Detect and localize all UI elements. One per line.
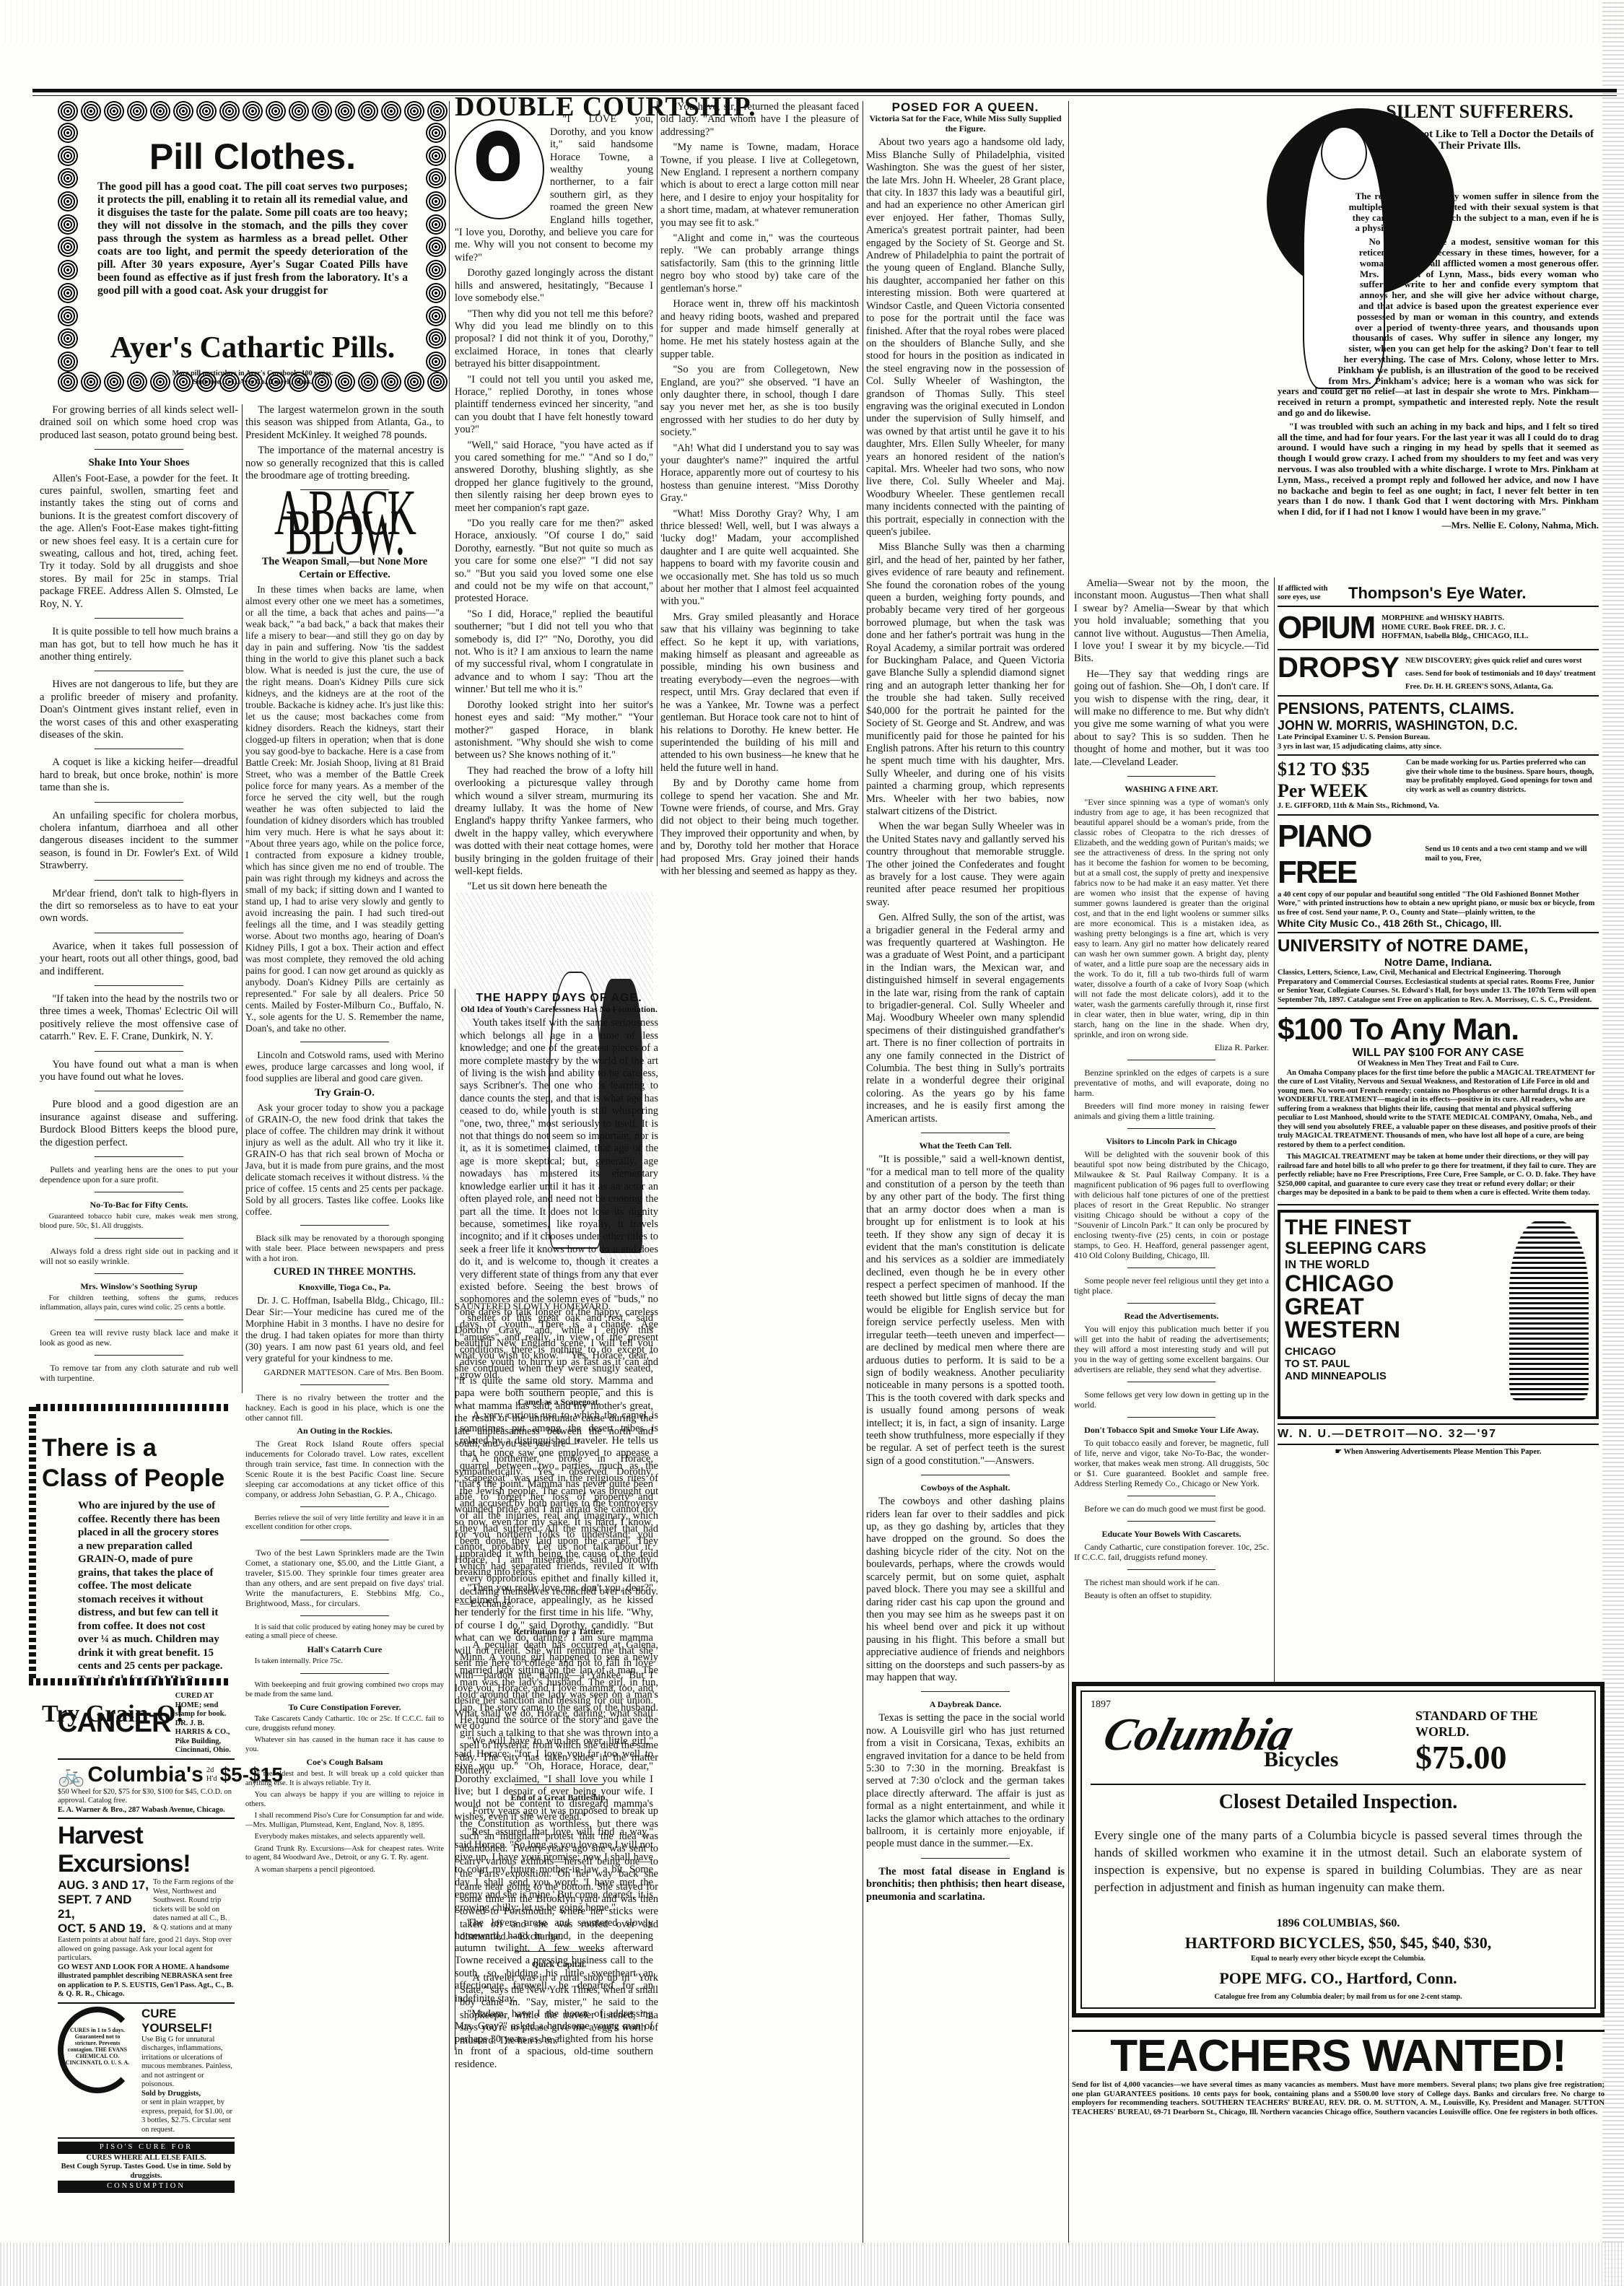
- pill-ring-ornament: [335, 101, 355, 121]
- diamond-border-top: [29, 1404, 231, 1411]
- article-title: POSED FOR A QUEEN.: [866, 101, 1065, 113]
- article-avarice: Avarice, when it takes full possession o…: [40, 941, 238, 978]
- column-rule: [1068, 101, 1069, 2245]
- ad-line: HOME CURE. Book FREE. DR. J. C.: [1381, 624, 1528, 633]
- pill-ring-ornament: [58, 237, 78, 257]
- article-signature: GARDNER MATTESON. Care of Mrs. Ben Boom.: [245, 1367, 444, 1377]
- article-body: Forty years ago it was proposed to break…: [460, 1805, 658, 1943]
- article-winslow: For children teething, softens the gums,…: [40, 1294, 238, 1312]
- article-heading: Read the Advertisements.: [1074, 1311, 1269, 1321]
- scan-noise-top: [0, 0, 1624, 43]
- pensions-ad: PENSIONS, PATENTS, CLAIMS. JOHN W. MORRI…: [1278, 697, 1599, 756]
- ad-year: 1897: [1091, 1699, 1111, 1711]
- ad-line: MORPHINE and WHISKY HABITS.: [1381, 614, 1528, 624]
- pill-ring-ornament: [150, 101, 170, 121]
- article-honey: It is said that colic produced by eating…: [245, 1623, 444, 1641]
- ad-tagline: STANDARD OF THE WORLD.: [1415, 1708, 1589, 1740]
- column-5: POSED FOR A QUEEN. Victoria Sat for the …: [866, 101, 1065, 1906]
- article-heading: Hall's Catarrh Cure: [245, 1644, 444, 1654]
- ad-title: TEACHERS WANTED!: [1072, 2032, 1605, 2081]
- article-paragraph: "So you are from Collegetown, New Englan…: [660, 364, 859, 439]
- article-heading: What the Teeth Can Tell.: [866, 1140, 1065, 1151]
- cancer-ad: CANCER CURED AT HOME; send stamp for boo…: [58, 1689, 235, 1760]
- article-heading: Visitors to Lincoln Park in Chicago: [1074, 1136, 1269, 1146]
- pill-ring-ornament: [58, 101, 78, 121]
- pill-ring-ornament: [58, 214, 78, 235]
- ad-footer: More pill particulars in Ayer's Curebook…: [58, 370, 448, 387]
- ad-subtitle: Of Weakness in Men They Treat and Fail t…: [1278, 1060, 1599, 1069]
- article-blood: Pure blood and a good digestion are an i…: [40, 1099, 238, 1149]
- article-paragraph: Breeders will find more money in raising…: [1074, 1101, 1269, 1121]
- article-body: A traveler was in a rural shop up in "Yo…: [460, 1972, 658, 2047]
- article-body: A peculiar death has occurred at Galena,…: [460, 1639, 658, 1777]
- pill-ring-ornament: [426, 260, 446, 280]
- article-loves: You have found out what a man is when yo…: [40, 1059, 238, 1084]
- article-paragraph: Texas is setting the pace in the social …: [866, 1712, 1065, 1850]
- article-outing: The Great Rock Island Route offers speci…: [245, 1439, 444, 1499]
- article-heading: Educate Your Bowels With Cascarets.: [1074, 1529, 1269, 1539]
- article-paragraph: The richest man should work if he can.: [1074, 1577, 1269, 1587]
- divider: [1127, 1521, 1215, 1522]
- pill-ring-ornament: [243, 101, 263, 121]
- dropsy-ad: DROPSY NEW DISCOVERY; gives quick relief…: [1278, 650, 1599, 697]
- article-rivalry: There is no rivalry between the trotter …: [245, 1392, 444, 1423]
- happy-days-article: THE HAPPY DAYS OF AGE. Old Idea of Youth…: [455, 989, 658, 2050]
- article-heading: End of a Great Battleship.: [460, 1792, 658, 1802]
- ad-body: a 40 cent copy of our popular and beauti…: [1278, 891, 1599, 918]
- article-watermelon: The largest watermelon grown in the sout…: [245, 404, 444, 442]
- divider: [1127, 1496, 1215, 1496]
- ad-band: PISO'S CURE FOR: [58, 2142, 235, 2154]
- article-title: DOUBLE COURTSHIP.: [455, 101, 653, 113]
- columbia-logo-sub: Bicycles: [1264, 1748, 1338, 1772]
- top-rule-thin: [32, 95, 1617, 96]
- ad-footer-line: Sent free. J. C. Ayer Co., Lowell, Mass.: [58, 378, 448, 387]
- article-heading: Retribution for a Tattler.: [460, 1626, 658, 1636]
- ad-body: Can be made working for us. Parties pref…: [1406, 759, 1599, 802]
- ad-title: There is a Class of People: [42, 1433, 225, 1493]
- pill-ring-ornament: [173, 101, 193, 121]
- divider: [300, 1615, 390, 1616]
- harvest-excursions-ad: Harvest Excursions! AUG. 3 AND 17, SEPT.…: [58, 1819, 235, 2004]
- divider: [515, 1784, 604, 1785]
- pill-ring-ornament: [404, 101, 424, 121]
- article-halls: Is taken internally. Price 75c.: [245, 1657, 444, 1667]
- ad-body: NEW DISCOVERY; gives quick relief and cu…: [1405, 657, 1596, 691]
- pill-ring-ornament: [381, 101, 401, 121]
- ad-title: PIANO FREE: [1278, 819, 1419, 891]
- pill-ring-ornament: [312, 101, 332, 121]
- ad-body: Classics, Letters, Science, Law, Civil, …: [1278, 969, 1599, 1005]
- divider: [95, 933, 184, 933]
- pointing-hand-icon: ☛: [1335, 1448, 1342, 1456]
- article-berries: For growing berries of all kinds select …: [40, 404, 238, 442]
- article-heading: Cowboys of the Asphalt.: [866, 1483, 1065, 1493]
- article-berries2: Berries relieve the soil of very little …: [245, 1514, 444, 1532]
- diamond-border-left: [29, 1404, 36, 1678]
- pill-ring-ornament: [219, 101, 240, 121]
- pill-ring-ornament: [58, 306, 78, 326]
- ayers-pills-ad: Pill Clothes. The good pill has a good c…: [58, 101, 448, 393]
- columbia-bicycles-ad: 1897 Columbia Bicycles STANDARD OF THE W…: [1072, 1682, 1605, 2017]
- article-notobac: Guaranteed tobacco habit cure, makes wea…: [40, 1213, 238, 1231]
- ad-place: Notre Dame, Indiana.: [1278, 956, 1599, 969]
- article-heading: Quick Capital.: [460, 1959, 658, 1969]
- divider: [515, 1389, 604, 1390]
- ad-title: OPIUM: [1278, 610, 1374, 646]
- ad-title: Pill Clothes.: [58, 136, 448, 178]
- ad-band: CONSUMPTION: [58, 2181, 235, 2193]
- article-paragraph: To quit tobacco easily and forever, be m…: [1074, 1438, 1269, 1488]
- article-paragraph: "Do you really care for me then?" asked …: [455, 518, 653, 606]
- divider: [300, 1384, 390, 1385]
- article-heading: WASHING A FINE ART.: [1074, 784, 1269, 794]
- article-signature: Eliza R. Parker.: [1074, 1042, 1269, 1052]
- notice-text: When Answering Advertisements Please Men…: [1343, 1448, 1541, 1456]
- article-heading: Don't Tobacco Spit and Smoke Your Life A…: [1074, 1425, 1269, 1435]
- ad-body: Send for list of 4,000 vacancies—we have…: [1072, 2081, 1605, 2117]
- ad-title: CURES WHERE ALL ELSE FAILS.: [58, 2154, 235, 2163]
- scan-noise-right: [1602, 0, 1624, 2286]
- article-heading: No-To-Bac for Fifty Cents.: [40, 1200, 238, 1210]
- column-3: DOUBLE COURTSHIP. "I LOVE you, Dorothy, …: [455, 101, 653, 896]
- divider: [95, 1273, 184, 1274]
- divider: [300, 1225, 390, 1226]
- article-beekeeping: With beekeeping and fruit growing combin…: [245, 1681, 444, 1699]
- notre-dame-ad: UNIVERSITY of NOTRE DAME, Notre Dame, In…: [1278, 933, 1599, 1009]
- article-heading: Mrs. Winslow's Soothing Syrup: [40, 1281, 238, 1291]
- pill-ring-ornament: [427, 101, 448, 121]
- big-g-ad: CURES in 1 to 5 days. Guaranteed not to …: [58, 2004, 235, 2139]
- ad-body: The good pill has a good coat. The pill …: [97, 180, 408, 297]
- article-tar: To remove tar from any cloth saturate an…: [40, 1363, 238, 1383]
- ad-title: $100 To Any Man.: [1278, 1012, 1599, 1047]
- article-silk: Black silk may be renovated by a thoroug…: [245, 1233, 444, 1263]
- divider: [95, 1051, 184, 1052]
- ad-signature: —Mrs. Nellie E. Colony, Nahma, Mich.: [1278, 520, 1599, 531]
- ad-body: Eastern points at about half fare, good …: [58, 1936, 235, 1963]
- article-paragraph: Dorothy looked stright into her suitor's…: [455, 699, 653, 762]
- pill-ring-ornament: [58, 260, 78, 280]
- article-heading: Camel as a Scapegoat.: [460, 1397, 658, 1407]
- article-piso: I shall recommend Piso's Cure for Consum…: [245, 1812, 444, 1830]
- column-rule: [242, 404, 243, 1393]
- article-title: THE HAPPY DAYS OF AGE.: [460, 992, 658, 1004]
- article-brains: It is quite possible to tell how much br…: [40, 626, 238, 663]
- divider: [921, 1858, 1010, 1859]
- diamond-border-bottom: [29, 1678, 231, 1685]
- ad-title: Columbia's: [87, 1763, 204, 1787]
- divider: [95, 1319, 184, 1320]
- article-paragraph: Mrs. Gray smiled pleasantly and Horace s…: [660, 611, 859, 775]
- column-rule: [449, 101, 450, 2245]
- article-heading: To Cure Constipation Forever.: [245, 1702, 444, 1712]
- pill-ring-ornament: [58, 283, 78, 303]
- ad-line: Equal to nearly every other bicycle exce…: [1076, 1955, 1600, 1963]
- couple-illustration-block: SAUNTERED SLOWLY HOMEWARD. shelter of th…: [455, 888, 859, 2074]
- article-coes: Is the oldest and best. It will break up…: [245, 1770, 444, 1788]
- ad-label: 2d H'd: [206, 1766, 217, 1784]
- ad-body: $50 Wheel for $20, $75 for $30, $100 for…: [58, 1788, 235, 1806]
- article-heading: Coe's Cough Balsam: [245, 1757, 444, 1767]
- article-paragraph: "Well," said Horace, "you have acted as …: [455, 440, 653, 515]
- article-body: A very curious use to which the camel is…: [460, 1410, 658, 1611]
- opium-ad: OPIUM MORPHINE and WHISKY HABITS. HOME C…: [1278, 607, 1599, 650]
- excursion-date: OCT. 5 AND 19.: [58, 1921, 150, 1936]
- article-paragraph: About two years ago a handsome old lady,…: [866, 136, 1065, 538]
- article-heading: Shake Into Your Shoes: [40, 457, 238, 469]
- ad-title: Thompson's Eye Water.: [1348, 584, 1526, 603]
- divider: [95, 749, 184, 749]
- ad-per: Per WEEK: [1278, 780, 1400, 802]
- silent-sufferers-body: The reason why so many women suffer in s…: [1278, 191, 1599, 534]
- article-paragraph: The cowboys and other dashing plains rid…: [866, 1496, 1065, 1684]
- pill-ring-ornament: [426, 191, 446, 211]
- divider: [300, 1540, 390, 1540]
- divider: [1127, 1060, 1215, 1060]
- bicycle-icon: 🚲: [58, 1763, 84, 1788]
- great-western-ad: THE FINEST SLEEPING CARS IN THE WORLD CH…: [1278, 1210, 1599, 1419]
- piano-free-ad: PIANO FREE Send us 10 cents and a two ce…: [1278, 816, 1599, 934]
- article-body: In these times when backs are lame, when…: [245, 584, 444, 1034]
- article-lincoln-rams: Lincoln and Cotswold rams, used with Mer…: [245, 1050, 444, 1084]
- divider: [95, 449, 184, 450]
- ad-line: 1896 COLUMBIAS, $60.: [1076, 1917, 1600, 1930]
- columbias-secondhand-ad: 🚲 Columbia's 2d H'd $5-$15 $50 Wheel for…: [58, 1760, 235, 1820]
- article-constipation: Take Cascarets Candy Cathartic. 10c or 2…: [245, 1715, 444, 1733]
- article-place: Knoxville, Tioga Co., Pa.: [245, 1282, 444, 1292]
- ad-headline: Closest Detailed Inspection.: [1076, 1791, 1600, 1814]
- ad-lead: If afflicted with sore eyes, use: [1278, 585, 1343, 603]
- divider: [921, 1691, 1010, 1692]
- ad-body: or sent in plain wrapper, by express, pr…: [141, 2098, 235, 2134]
- ad-body: MORPHINE and WHISKY HABITS. HOME CURE. B…: [1381, 614, 1528, 642]
- pill-ring-ornament: [58, 191, 78, 211]
- thompson-eye-water-ad: If afflicted with sore eyes, use Thompso…: [1278, 581, 1599, 607]
- ad-address: E. A. Warner & Bro., 287 Wabash Avenue, …: [58, 1806, 235, 1815]
- ad-amount: $12 TO $35: [1278, 759, 1400, 780]
- article-strawberry: An unfailing specific for cholera morbus…: [40, 810, 238, 873]
- article-maternal: The importance of the maternal ancestry …: [245, 445, 444, 482]
- ad-body: To the Farm regions of the West, Northwe…: [153, 1878, 235, 1936]
- excursion-dates: AUG. 3 AND 17, SEPT. 7 AND 21, OCT. 5 AN…: [58, 1878, 150, 1936]
- ad-title: CANCER: [58, 1708, 171, 1739]
- article-hives: Hives are not dangerous to life, but the…: [40, 679, 238, 741]
- ad-body: Best Cough Syrup. Tastes Good. Use in ti…: [58, 2163, 235, 2181]
- top-rule: [32, 89, 1617, 92]
- divider: [300, 1673, 390, 1674]
- article-pullets: Pullets and yearling hens are the ones t…: [40, 1164, 238, 1185]
- article-paragraph: You will enjoy this publication much bet…: [1074, 1324, 1269, 1374]
- column-rule: [657, 101, 658, 866]
- article-mistakes: Everybody makes mistakes, and selects ap…: [245, 1833, 444, 1842]
- pill-ring-ornament: [289, 101, 309, 121]
- article-paragraph: Candy Cathartic, cure constipation forev…: [1074, 1542, 1269, 1562]
- article-paragraph: "What! Miss Dorothy Gray? Why, I am thri…: [660, 508, 859, 608]
- ad-paragraph: An Omaha Company places for the first ti…: [1278, 1069, 1599, 1151]
- article-lawn: Two of the best Lawn Sprinklers made are…: [245, 1548, 444, 1608]
- mention-paper-notice: ☛ When Answering Advertisements Please M…: [1278, 1445, 1599, 1460]
- column-rule: [1274, 577, 1275, 1682]
- divider: [95, 880, 184, 881]
- article-paragraph: Will be delighted with the souvenir book…: [1074, 1149, 1269, 1260]
- pill-ring-ornament: [426, 214, 446, 235]
- divider: [1127, 1128, 1215, 1129]
- per-week-ad: $12 TO $35 Per WEEK Can be made working …: [1278, 756, 1599, 816]
- pill-ring-ornament: [127, 101, 147, 121]
- article-paragraph: "My name is Towne, madam, Horace Towne, …: [660, 141, 859, 230]
- ad-subtitle: WILL PAY $100 FOR ANY CASE: [1278, 1047, 1599, 1060]
- ad-body: CURED AT HOME; send stamp for book. DR. …: [175, 1692, 235, 1755]
- ad-title: SILENT SUFFERERS.: [1357, 101, 1602, 123]
- divider: [1127, 776, 1215, 777]
- divider: [95, 671, 184, 671]
- article-body: Youth takes itself with the same serious…: [460, 1017, 658, 1382]
- divider: [1127, 1303, 1215, 1304]
- ad-address: White City Music Co., 418 26th St., Chic…: [1278, 917, 1599, 929]
- pill-border-top: [58, 101, 448, 123]
- woman-portrait-illustration: [455, 119, 544, 219]
- article-pencil: A woman sharpens a pencil pigeontoed.: [245, 1866, 444, 1875]
- article-fold: Always fold a dress right side out in pa…: [40, 1246, 238, 1266]
- article-paragraph: Before we can do much good we must first…: [1074, 1504, 1269, 1514]
- article-paragraph: Gen. Alfred Sully, the son of the artist…: [866, 912, 1065, 1125]
- right-ad-column: If afflicted with sore eyes, use Thompso…: [1278, 581, 1599, 1460]
- article-paragraph: Dorothy gazed longingly across the dista…: [455, 267, 653, 305]
- divider: [300, 1042, 390, 1042]
- scan-noise-bottom: [0, 2243, 1624, 2286]
- divider: [95, 985, 184, 986]
- ad-title: CURE YOURSELF!: [141, 2007, 235, 2036]
- ad-body: Use Big G for unnatural discharges, infl…: [141, 2036, 235, 2090]
- ad-title: DROPSY: [1278, 653, 1400, 682]
- article-paragraph: "It is possible," said a well-known dent…: [866, 1153, 1065, 1467]
- article-paragraph: "Then why did you not tell me this befor…: [455, 308, 653, 371]
- ad-price: $75.00: [1415, 1738, 1507, 1776]
- article-happy: You can always be happy if you are willi…: [245, 1791, 444, 1809]
- divider: [95, 1355, 184, 1356]
- article-subtitle: Victoria Sat for the Face, While Miss Su…: [866, 113, 1065, 134]
- article-paragraph: "Alight and come in," was the courteous …: [660, 232, 859, 295]
- column-2: The largest watermelon grown in the sout…: [245, 404, 444, 1877]
- ad-body: Every single one of the many parts of a …: [1094, 1827, 1582, 1896]
- divider: [515, 1951, 604, 1952]
- pill-ring-ornament: [426, 283, 446, 303]
- divider: [515, 1618, 604, 1619]
- hundred-dollar-ad: $100 To Any Man. WILL PAY $100 FOR ANY C…: [1278, 1009, 1599, 1205]
- article-paragraph: Miss Blanche Sully was then a charming g…: [866, 541, 1065, 818]
- divider: [1127, 1417, 1215, 1418]
- ad-title: Harvest Excursions!: [58, 1822, 235, 1878]
- pill-ring-ornament: [196, 101, 217, 121]
- article-friend: Mr'dear friend, don't talk to high-flyer…: [40, 888, 238, 925]
- ad-paragraph: This MAGICAL TREATMENT may be taken at h…: [1278, 1153, 1599, 1198]
- article-title: A BACK BLOW.: [245, 505, 444, 545]
- ad-name: JOHN W. MORRIS, WASHINGTON, D.C.: [1278, 718, 1599, 733]
- article-cured: Dr. J. C. Hoffman, Isabella Bldg., Chica…: [245, 1295, 444, 1364]
- article-human: Whatever sin has caused in the human rac…: [245, 1736, 444, 1754]
- newspaper-page: Pill Clothes. The good pill has a good c…: [0, 0, 1624, 2286]
- ad-line: Late Principal Examiner U. S. Pension Bu…: [1278, 733, 1599, 743]
- ad-maker: POPE MFG. CO., Hartford, Conn.: [1076, 1969, 1600, 1988]
- ad-title: PENSIONS, PATENTS, CLAIMS.: [1278, 699, 1599, 718]
- divider: [1127, 1268, 1215, 1268]
- ad-line: HARTFORD BICYCLES, $50, $45, $40, $30,: [1076, 1934, 1600, 1953]
- silent-sufferers-ad: SILENT SUFFERERS. Women do not Like to T…: [1357, 101, 1602, 157]
- article-foot-ease: Allen's Foot-Ease, a powder for the feet…: [40, 473, 238, 611]
- pill-ring-ornament: [104, 101, 124, 121]
- article-paragraph: Beauty is often an offset to stupidity.: [1074, 1590, 1269, 1600]
- article-green-tea: Green tea will revive rusty black lace a…: [40, 1327, 238, 1348]
- grain-o-ad: There is a Class of People Who are injur…: [29, 1404, 231, 1693]
- ad-title: UNIVERSITY of NOTRE DAME,: [1278, 936, 1599, 956]
- left-small-ads: CANCER CURED AT HOME; send stamp for boo…: [58, 1689, 235, 2193]
- article-paragraph: "So I did, Horace," replied the beautifu…: [455, 608, 653, 697]
- article-heading: CURED IN THREE MONTHS.: [245, 1266, 444, 1278]
- divider: [95, 1238, 184, 1239]
- article-eclectric-oil: "If taken into the head by the nostrils …: [40, 993, 238, 1044]
- article-paragraph: Benzine sprinkled on the edges of carpet…: [1074, 1068, 1269, 1098]
- divider: [921, 1475, 1010, 1475]
- ad-side-text: Send us 10 cents and a two cent stamp an…: [1425, 845, 1599, 863]
- article-grand-trunk: Grand Trunk Ry. Excursions—Ask for cheap…: [245, 1845, 444, 1863]
- ad-footer-line: More pill particulars in Ayer's Curebook…: [58, 370, 448, 378]
- article-subtitle: Old Idea of Youth's Carelessness Has No …: [460, 1004, 658, 1014]
- ad-brand: Ayer's Cathartic Pills.: [58, 331, 448, 365]
- ad-line: Catalogue free from any Columbia dealer;…: [1076, 1993, 1600, 2001]
- divider: [95, 1192, 184, 1192]
- teachers-wanted-ad: TEACHERS WANTED! Send for list of 4,000 …: [1072, 2030, 1605, 2117]
- article-paragraph: Amelia—Swear not by the moon, the incons…: [1074, 577, 1269, 666]
- article-paragraph: They had reached the brow of a lofty hil…: [455, 765, 653, 878]
- pill-ring-ornament: [81, 101, 101, 121]
- ad-line: HOFFMAN, Isabella Bldg., CHICAGO, ILL.: [1381, 632, 1528, 642]
- divider: [1127, 1569, 1215, 1570]
- article-heading: Try Grain-O.: [245, 1087, 444, 1099]
- ad-line: 3 yrs in last war, 15 adjudicating claim…: [1278, 743, 1599, 752]
- article-paragraph: "I could not tell you until you asked me…: [455, 374, 653, 437]
- article-paragraph: "Ever since spinning was a type of woman…: [1074, 797, 1269, 1039]
- excursion-date: SEPT. 7 AND 21,: [58, 1893, 150, 1921]
- conductor-illustration: [1509, 1220, 1589, 1400]
- column-6: Amelia—Swear not by the moon, the incons…: [1074, 577, 1269, 1603]
- article-paragraph: Some fellows get very low down in gettin…: [1074, 1390, 1269, 1410]
- article-heading: A Daybreak Dance.: [866, 1699, 1065, 1709]
- ad-body: Sold by Druggists,: [141, 2090, 235, 2099]
- ad-subtitle: Women do not Like to Tell a Doctor the D…: [1357, 128, 1602, 152]
- ad-paragraph: "I was troubled with such an aching in m…: [1278, 422, 1599, 518]
- article-paragraph: Horace went in, threw off his mackintosh…: [660, 298, 859, 361]
- article-coquet: A coquet is like a kicking heifer—dreadf…: [40, 756, 238, 794]
- column-1: For growing berries of all kinds select …: [40, 404, 238, 1386]
- divider: [95, 802, 184, 803]
- big-g-badge: CURES in 1 to 5 days. Guaranteed not to …: [58, 2007, 137, 2093]
- divider: [95, 618, 184, 619]
- ad-address: J. E. GIFFORD, 11th & Main Sts., Richmon…: [1278, 802, 1599, 811]
- divider: [1127, 1382, 1215, 1382]
- column-4: "You have, sir," returned the pleasant f…: [660, 101, 859, 881]
- article-paragraph: Some people never feel religious until t…: [1074, 1275, 1269, 1296]
- article-paragraph: He—They say that wedding rings are going…: [1074, 668, 1269, 769]
- pill-ring-ornament: [426, 306, 446, 326]
- article-grain-o: Ask your grocer today to show you a pack…: [245, 1102, 444, 1218]
- face-shape: [488, 145, 510, 174]
- piso-ad: PISO'S CURE FOR CURES WHERE ALL ELSE FAI…: [58, 2142, 235, 2193]
- ad-body: GO WEST AND LOOK FOR A HOME. A handsome …: [58, 1963, 235, 1999]
- article-paragraph: The most fatal disease in England is bro…: [866, 1866, 1065, 1903]
- article-paragraph: "You have, sir," returned the pleasant f…: [660, 101, 859, 139]
- divider: [95, 1091, 184, 1091]
